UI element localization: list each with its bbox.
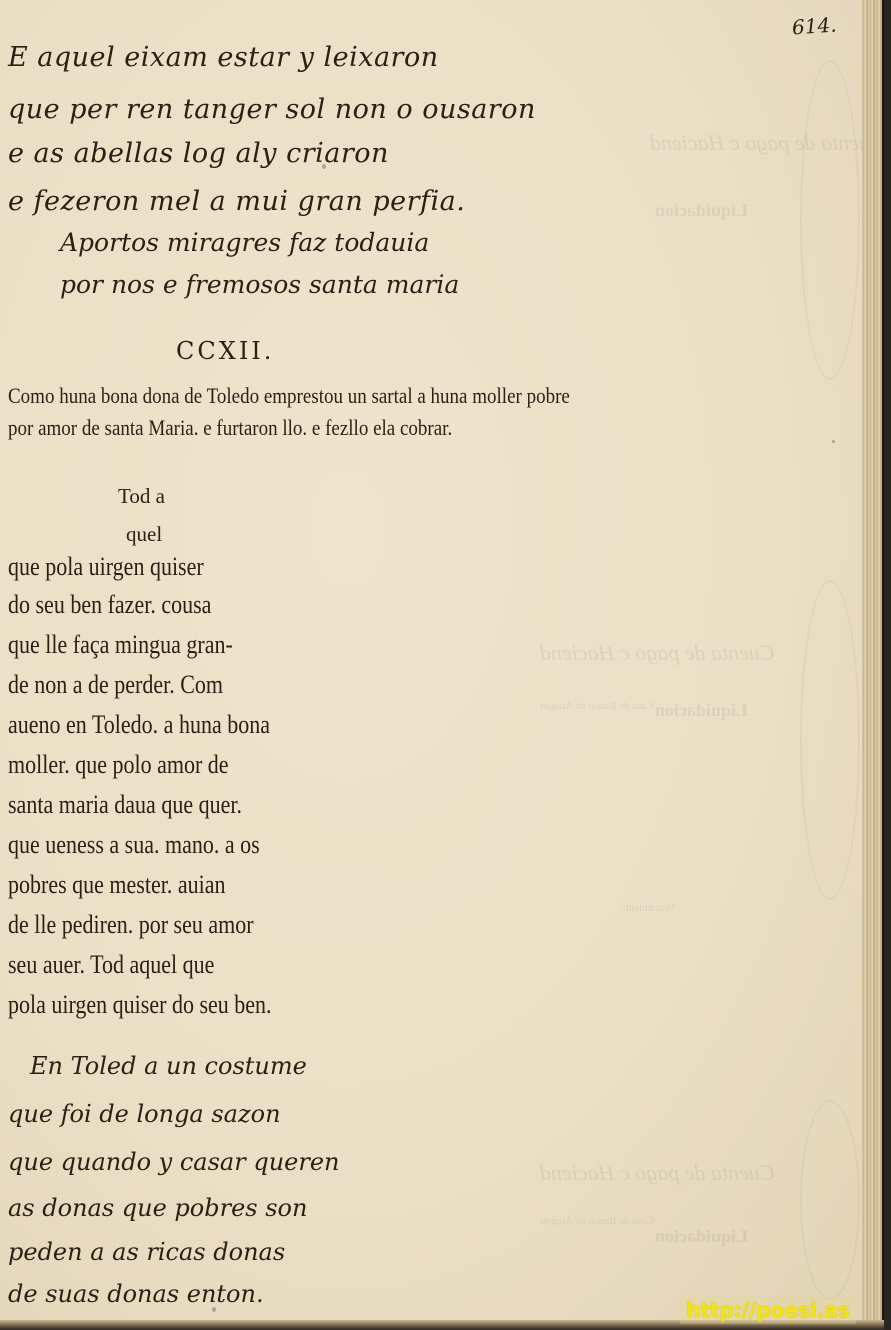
verse-line: e as abellas log aly criaron: [8, 138, 389, 169]
bleed-through-text: Liquidacion: [655, 200, 748, 221]
body-line: do seu ben fazer. cousa: [8, 589, 211, 620]
stanza-line: que quando y casar queren: [8, 1148, 340, 1176]
paper-speck: [212, 1307, 216, 1312]
bleed-through-ornament: [800, 60, 860, 380]
folio-number: 614.: [791, 12, 837, 39]
body-line: de lle pediren. por seu amor: [8, 909, 254, 940]
body-line: santa maria daua que quer.: [8, 789, 242, 820]
refrain-start: Tod a: [118, 484, 165, 509]
bleed-through-ornament: [800, 1100, 860, 1300]
body-line: moller. que polo amor de: [8, 749, 229, 780]
bleed-through-text: Liquidacion: [655, 700, 748, 721]
refrain-line: Aportos miragres faz todauia: [60, 228, 429, 257]
body-line: que pola uirgen quiser: [8, 551, 204, 582]
cantiga-number-heading: CCXII.: [176, 337, 274, 365]
body-line: que lle faça mingua gran-: [8, 629, 233, 660]
rubric-line: por amor de santa Maria. e furtaron llo.…: [8, 416, 452, 442]
bleed-through-ornament: [800, 580, 860, 900]
watermark-link: http://poesi.as: [680, 1296, 856, 1324]
page-stack-edge: [862, 0, 884, 1326]
body-line: pola uirgen quiser do seu ben.: [8, 989, 272, 1020]
stanza-line: as donas que pobres son: [8, 1194, 307, 1222]
stanza-line: que foi de longa sazon: [8, 1100, 281, 1128]
verse-line: E aquel eixam estar y leixaron: [8, 42, 439, 73]
body-line: aueno en Toledo. a huna bona: [8, 709, 270, 740]
manuscript-page: Cuenta de pago c Haciend Liquidacion Cue…: [0, 0, 866, 1322]
body-line: pobres que mester. auian: [8, 869, 226, 900]
stanza-line: En Toled a un costume: [30, 1052, 307, 1080]
bleed-through-text: Casa de Banco de Aragon: [540, 700, 654, 712]
stanza-line: de suas donas enton.: [8, 1280, 264, 1308]
verse-line: e fezeron mel a mui gran perfia.: [8, 186, 465, 217]
bleed-through-text: Liquidacion: [655, 1226, 748, 1247]
bleed-through-text: Vencimiento: [620, 902, 676, 914]
paper-speck: [322, 164, 326, 169]
refrain-start: quel: [126, 522, 162, 547]
body-line: que ueness a sua. mano. a os: [8, 829, 260, 860]
bleed-through-text: Cuenta de pago c Haciend: [540, 1160, 775, 1186]
body-line: de non a de perder. Com: [8, 669, 223, 700]
rubric-line: Como huna bona dona de Toledo emprestou …: [8, 384, 570, 410]
bleed-through-text: Casa de Banco de Aragon: [540, 1215, 654, 1227]
body-line: seu auer. Tod aquel que: [8, 949, 214, 980]
stanza-line: peden a as ricas donas: [8, 1238, 285, 1266]
verse-line: que per ren tanger sol non o ousaron: [8, 94, 536, 125]
paper-speck: [832, 440, 835, 443]
bleed-through-text: Cuenta de pago c Haciend: [540, 640, 775, 666]
refrain-line: por nos e fremosos santa maria: [60, 270, 459, 299]
